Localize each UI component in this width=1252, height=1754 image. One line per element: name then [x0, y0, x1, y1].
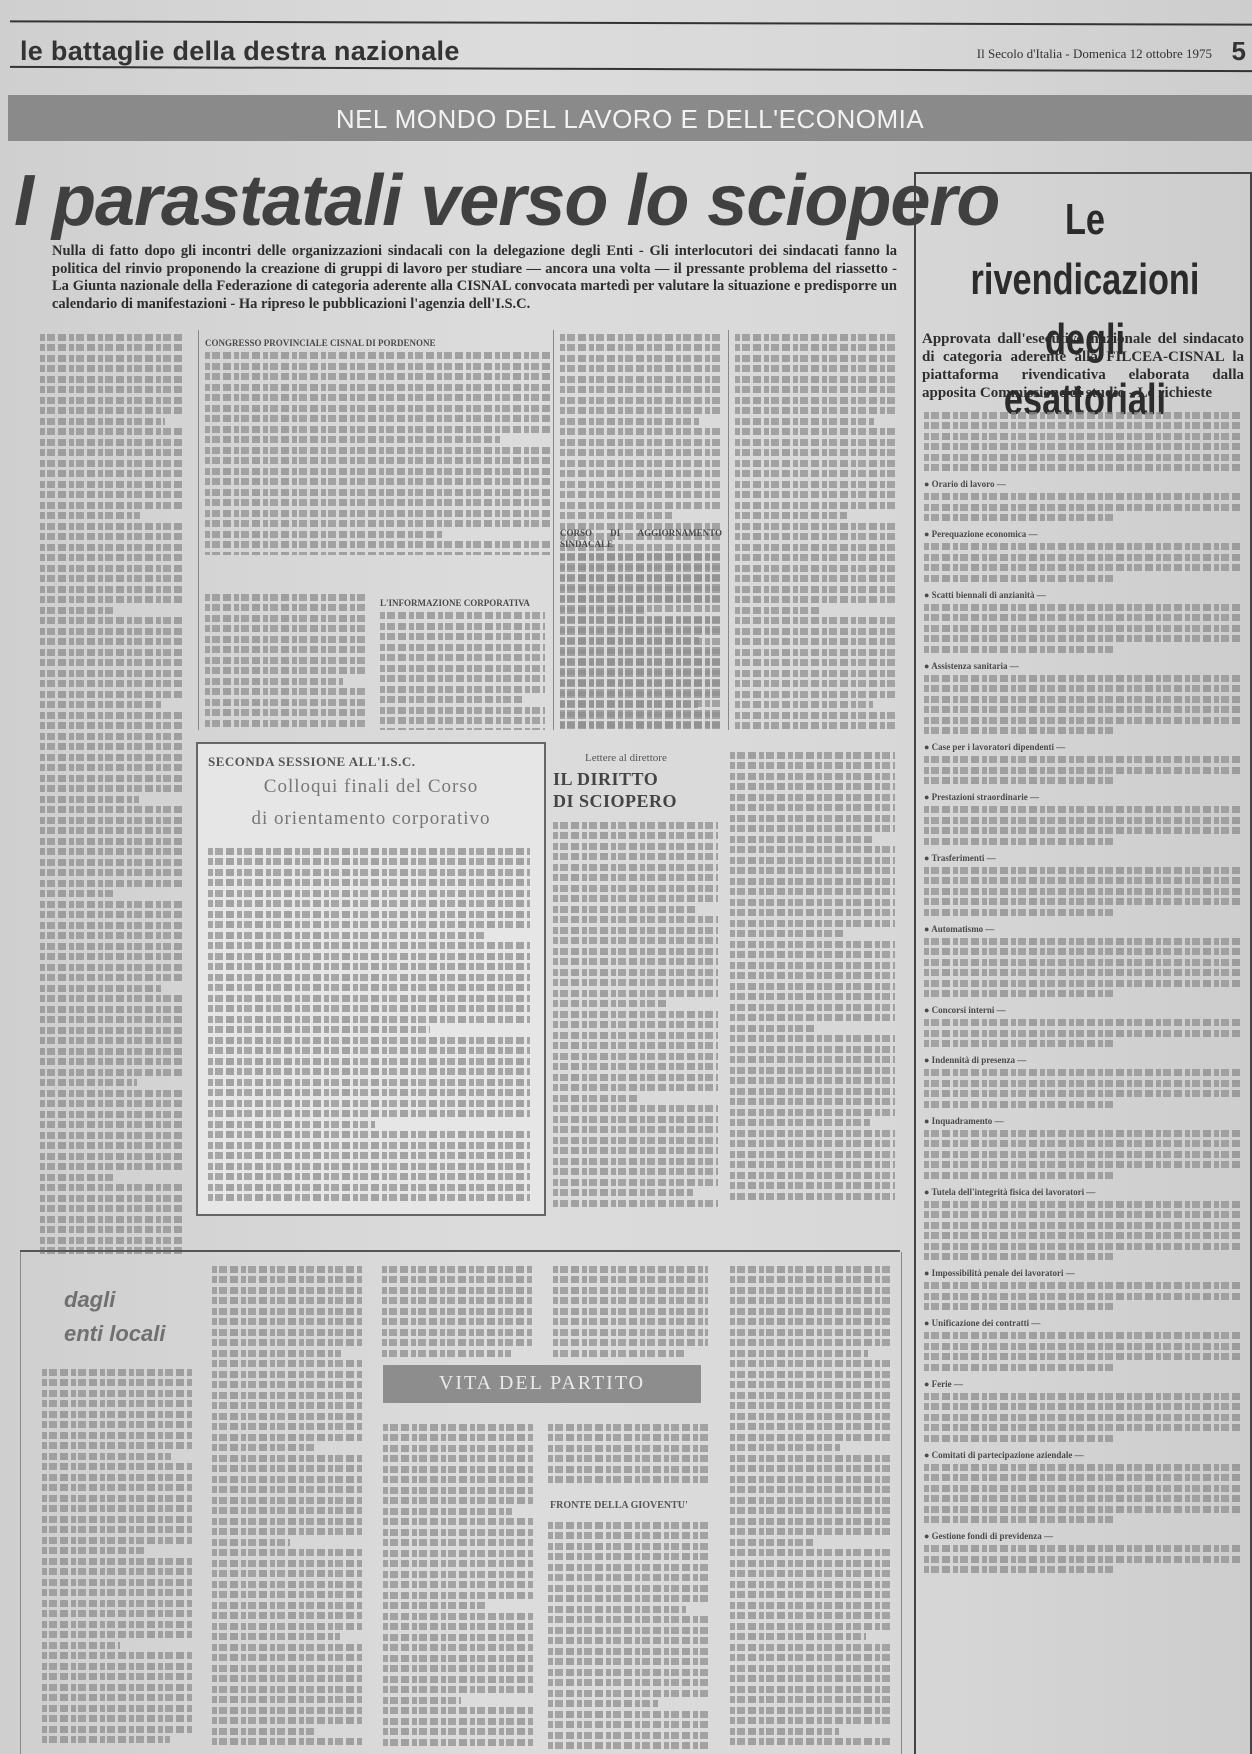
- body-text-line: [40, 470, 185, 477]
- body-text-line: [924, 1040, 1115, 1047]
- body-text-line: [730, 1297, 890, 1304]
- body-text-line: [924, 1332, 1242, 1339]
- body-text-line: [205, 436, 502, 443]
- body-text-line: [553, 1308, 708, 1315]
- body-text-line: [548, 1424, 708, 1431]
- body-text-line: [553, 1266, 708, 1273]
- enti-locali-title: dagli enti locali: [64, 1283, 165, 1351]
- body-text-line: [40, 1100, 185, 1107]
- enti-locali-column-5: [730, 1262, 890, 1750]
- body-text-line: [212, 1360, 362, 1367]
- body-text-line: [40, 502, 185, 509]
- right-deck: Approvata dall'esecutivo nazionale del s…: [922, 330, 1244, 402]
- enti-locali-column-2: [212, 1262, 362, 1750]
- body-text-line: [40, 1132, 185, 1139]
- body-text-line: [383, 1602, 487, 1609]
- body-text-line: [924, 1130, 1242, 1137]
- body-text-line: [560, 512, 672, 519]
- body-text-line: [924, 1140, 1242, 1147]
- body-text-line: [548, 1476, 708, 1483]
- body-text-line: [730, 1560, 890, 1567]
- body-text-line: [730, 1266, 890, 1273]
- body-text-line: [560, 376, 722, 383]
- body-text-line: [924, 1019, 1242, 1026]
- body-text-line: [212, 1486, 362, 1493]
- body-text-line: [730, 804, 895, 811]
- body-text-line: [208, 1131, 530, 1138]
- body-text-line: [212, 1675, 362, 1682]
- body-text-line: [40, 596, 185, 603]
- body-text-line: [208, 995, 530, 1002]
- body-text-line: [560, 355, 722, 362]
- body-text-line: [42, 1642, 120, 1649]
- body-text-line: [382, 1308, 532, 1315]
- body-text-line: [205, 510, 550, 517]
- body-text-line: [383, 1728, 533, 1735]
- body-text-line: [205, 405, 550, 412]
- body-text-line: [560, 344, 722, 351]
- body-text-line: [212, 1696, 362, 1703]
- body-text-line: [212, 1423, 362, 1430]
- demand-heading: ● Automatismo —: [924, 924, 1242, 935]
- body-text-line: [553, 874, 718, 881]
- body-text-line: [42, 1694, 192, 1701]
- body-text-line: [380, 675, 545, 682]
- body-text-line: [924, 1485, 1242, 1492]
- body-text-line: [924, 1090, 1242, 1097]
- body-text-line: [383, 1560, 533, 1567]
- body-text-line: [560, 502, 722, 509]
- body-text-line: [924, 827, 1242, 834]
- body-text-line: [205, 636, 365, 643]
- body-text-line: [924, 980, 1242, 987]
- body-text-line: [924, 1303, 1115, 1310]
- body-text-line: [560, 460, 722, 467]
- body-text-line: [730, 1098, 895, 1105]
- body-text-line: [924, 1545, 1242, 1552]
- body-text-line: [730, 1728, 839, 1735]
- body-text-line: [553, 1011, 718, 1018]
- body-text-line: [208, 879, 530, 886]
- letter-column-2: [730, 748, 895, 1208]
- letter-kicker: Lettere al direttore: [585, 752, 667, 764]
- body-text-line: [553, 1084, 718, 1091]
- body-text-line: [924, 1403, 1242, 1410]
- column-divider: [553, 330, 554, 730]
- body-text-line: [730, 1518, 890, 1525]
- body-text-line: [924, 1464, 1242, 1471]
- body-text-line: [924, 1353, 1242, 1360]
- letter-column-1: [553, 818, 718, 1208]
- body-text-line: [548, 1532, 708, 1539]
- body-text-line: [924, 806, 1242, 813]
- demand-heading: ● Scatti biennali di anzianità —: [924, 590, 1242, 601]
- body-text-line: [735, 670, 897, 677]
- body-text-line: [924, 1030, 1242, 1037]
- demand-heading: ● Ferie —: [924, 1379, 1242, 1390]
- vita-partito-banner: VITA DEL PARTITO: [383, 1365, 701, 1403]
- body-text-line: [924, 959, 1242, 966]
- body-text-line: [730, 1570, 890, 1577]
- body-text-line: [730, 1423, 890, 1430]
- body-text-line: [553, 948, 718, 955]
- body-text-line: [40, 1069, 185, 1076]
- body-text-line: [42, 1558, 192, 1565]
- body-text-line: [730, 1004, 895, 1011]
- body-text-line: [383, 1739, 533, 1746]
- body-text-line: [40, 1079, 137, 1086]
- enti-locali-title-line1: dagli: [64, 1283, 165, 1317]
- body-text-line: [560, 626, 722, 633]
- body-text-line: [40, 1163, 185, 1170]
- body-text-line: [735, 596, 897, 603]
- body-text-line: [40, 1153, 185, 1160]
- body-text-line: [205, 625, 365, 632]
- body-text-line: [560, 647, 722, 654]
- body-text-line: [553, 1042, 718, 1049]
- body-text-line: [208, 848, 530, 855]
- body-text-line: [553, 916, 718, 923]
- body-text-line: [212, 1276, 362, 1283]
- body-text-line: [924, 604, 1242, 611]
- body-text-line: [924, 543, 1242, 550]
- body-text-line: [730, 1014, 895, 1021]
- masthead-rule-top: [10, 20, 1252, 25]
- body-text-line: [553, 1126, 718, 1133]
- demand-heading: ● Orario di lavoro —: [924, 479, 1242, 490]
- body-text-line: [924, 646, 1115, 653]
- body-text-line: [924, 1495, 1242, 1502]
- body-text-line: [560, 658, 722, 665]
- body-text-line: [735, 617, 897, 624]
- body-text-line: [40, 796, 139, 803]
- body-text-line: [553, 822, 718, 829]
- body-text-line: [730, 993, 895, 1000]
- body-text-line: [208, 858, 530, 865]
- body-text-line: [212, 1297, 362, 1304]
- body-text-line: [553, 1189, 693, 1196]
- body-text-line: [730, 1371, 890, 1378]
- body-text-line: [924, 1282, 1242, 1289]
- right-article-body: ● Orario di lavoro —● Perequazione econo…: [924, 408, 1242, 1748]
- body-text-line: [924, 1211, 1242, 1218]
- body-text-line: [735, 712, 897, 719]
- body-text-line: [212, 1381, 362, 1388]
- body-text-line: [924, 898, 1242, 905]
- body-text-line: [380, 686, 545, 693]
- newspaper-page: le battaglie della destra nazionale Il S…: [0, 0, 1252, 1754]
- body-text-line: [383, 1697, 461, 1704]
- body-text-line: [730, 1633, 866, 1640]
- body-text-line: [735, 491, 897, 498]
- body-text-line: [212, 1549, 362, 1556]
- body-text-line: [548, 1543, 708, 1550]
- body-text-line: [42, 1390, 192, 1397]
- body-text-line: [924, 888, 1242, 895]
- body-text-line: [212, 1308, 362, 1315]
- body-text-line: [730, 1434, 890, 1441]
- body-text-line: [40, 617, 185, 624]
- body-text-line: [208, 900, 530, 907]
- body-text-line: [730, 1318, 890, 1325]
- body-text-line: [553, 1339, 708, 1346]
- body-text-line: [40, 355, 185, 362]
- body-text-line: [212, 1350, 341, 1357]
- body-text-line: [212, 1602, 362, 1609]
- body-text-line: [730, 920, 895, 927]
- body-text-line: [730, 836, 872, 843]
- body-text-line: [42, 1526, 192, 1533]
- body-text-line: [924, 575, 1115, 582]
- body-text-line: [40, 1111, 185, 1118]
- body-text-line: [383, 1718, 533, 1725]
- body-text-line: [208, 1058, 530, 1065]
- body-text-line: [382, 1339, 532, 1346]
- body-text-line: [548, 1711, 708, 1718]
- body-text-line: [205, 457, 550, 464]
- body-text-line: [208, 953, 530, 960]
- body-text-line: [40, 995, 185, 1002]
- body-text-line: [560, 605, 722, 612]
- body-text-line: [42, 1589, 192, 1596]
- body-text-line: [212, 1738, 362, 1745]
- body-text-line: [735, 365, 897, 372]
- body-text-line: [730, 1654, 890, 1661]
- body-text-line: [735, 460, 897, 467]
- body-text-line: [924, 867, 1242, 874]
- body-text-line: [730, 1056, 895, 1063]
- body-text-line: [560, 637, 699, 644]
- body-text-line: [42, 1568, 192, 1575]
- body-text-line: [40, 1016, 185, 1023]
- enti-locali-title-line2: enti locali: [64, 1317, 165, 1351]
- body-text-line: [560, 491, 722, 498]
- body-text-line: [924, 938, 1242, 945]
- body-text-line: [924, 706, 1242, 713]
- body-text-line: [40, 680, 185, 687]
- body-text-line: [924, 877, 1242, 884]
- body-text-line: [730, 867, 895, 874]
- body-text-line: [212, 1518, 362, 1525]
- body-text-line: [212, 1560, 362, 1567]
- body-text-line: [735, 397, 897, 404]
- body-text-line: [380, 633, 545, 640]
- demand-heading: ● Tutela dell'integrità fisica dei lavor…: [924, 1187, 1242, 1198]
- body-text-line: [560, 470, 722, 477]
- body-text-line: [924, 635, 1242, 642]
- body-text-line: [730, 878, 895, 885]
- body-text-line: [548, 1585, 708, 1592]
- body-text-line: [212, 1329, 362, 1336]
- body-text-line: [382, 1350, 511, 1357]
- demand-heading: ● Indennità di presenza —: [924, 1055, 1242, 1066]
- body-text-line: [380, 654, 545, 661]
- body-text-line: [208, 1194, 530, 1201]
- session-title-line1: Colloqui finali del Corso: [198, 776, 544, 798]
- body-text-line: [553, 1063, 718, 1070]
- body-text-line: [208, 974, 530, 981]
- body-text-line: [553, 1021, 718, 1028]
- body-text-line: [212, 1497, 362, 1504]
- body-text-line: [730, 1119, 870, 1126]
- body-text-line: [730, 1528, 890, 1535]
- body-text-line: [40, 659, 185, 666]
- demand-heading: ● Prestazioni straordinarie —: [924, 792, 1242, 803]
- body-text-line: [730, 1035, 895, 1042]
- body-text-line: [40, 733, 185, 740]
- body-text-line: [924, 1069, 1242, 1076]
- body-text-line: [208, 932, 485, 939]
- body-text-line: [212, 1455, 362, 1462]
- body-text-line: [548, 1648, 708, 1655]
- body-text-line: [924, 1293, 1242, 1300]
- body-text-line: [40, 806, 185, 813]
- body-text-line: [208, 911, 530, 918]
- body-text-line: [560, 397, 722, 404]
- body-text-line: [735, 638, 897, 645]
- body-text-line: [205, 531, 443, 538]
- body-text-line: [730, 1497, 890, 1504]
- body-text-line: [40, 649, 185, 656]
- body-text-line: [205, 688, 365, 695]
- body-text-line: [205, 394, 550, 401]
- body-text-line: [208, 1037, 530, 1044]
- body-text-line: [205, 447, 550, 454]
- body-text-line: [548, 1564, 708, 1571]
- body-text-line: [40, 974, 185, 981]
- body-text-line: [730, 1455, 890, 1462]
- body-text-line: [42, 1474, 192, 1481]
- session-body: [208, 844, 530, 1204]
- body-text-line: [212, 1623, 362, 1630]
- body-text-line: [212, 1528, 362, 1535]
- body-text-line: [40, 722, 185, 729]
- body-text-line: [924, 1424, 1242, 1431]
- body-text-line: [553, 864, 718, 871]
- body-text-line: [208, 1110, 530, 1117]
- body-text-line: [730, 1623, 890, 1630]
- vita-partito-banner-text: VITA DEL PARTITO: [383, 1372, 701, 1395]
- body-text-line: [40, 1048, 185, 1055]
- body-text-line: [924, 1101, 1115, 1108]
- body-text-line: [735, 470, 897, 477]
- body-text-line: [924, 1364, 1115, 1371]
- body-text-line: [40, 911, 185, 918]
- body-text-line: [730, 762, 895, 769]
- body-text-line: [730, 1350, 868, 1357]
- body-text-line: [383, 1665, 533, 1672]
- body-text-line: [40, 985, 162, 992]
- body-text-line: [735, 376, 897, 383]
- body-text-line: [208, 1079, 530, 1086]
- right-headline-line1: Le rivendicazioni: [964, 190, 1206, 310]
- body-text-line: [560, 334, 722, 341]
- body-text-line: [730, 1130, 895, 1137]
- body-text-line: [40, 712, 185, 719]
- letter-headline: IL DIRITTO DI SCIOPERO: [553, 768, 677, 812]
- body-text-line: [560, 721, 722, 728]
- body-text-line: [735, 407, 897, 414]
- body-text-line: [40, 1216, 185, 1223]
- body-text-line: [730, 1696, 890, 1703]
- body-text-line: [730, 1161, 895, 1168]
- body-text-line: [730, 1151, 895, 1158]
- body-text-line: [383, 1508, 512, 1515]
- body-text-line: [730, 983, 895, 990]
- body-text-line: [924, 717, 1242, 724]
- body-text-line: [730, 1686, 890, 1693]
- body-text-line: [730, 1665, 890, 1672]
- body-text-line: [382, 1329, 532, 1336]
- body-text-line: [548, 1606, 686, 1613]
- body-text-line: [208, 1089, 530, 1096]
- body-text-line: [205, 499, 550, 506]
- body-text-line: [548, 1721, 708, 1728]
- body-text-line: [548, 1455, 708, 1462]
- body-text-line: [383, 1623, 533, 1630]
- body-text-line: [42, 1537, 192, 1544]
- body-text-line: [383, 1497, 533, 1504]
- body-text-line: [40, 743, 185, 750]
- enti-locali-column-4: [553, 1262, 708, 1357]
- body-text-line: [40, 418, 165, 425]
- main-deck: Nulla di fatto dopo gli incontri delle o…: [52, 243, 897, 313]
- body-text-line: [553, 1287, 708, 1294]
- body-text-line: [205, 699, 365, 706]
- body-text-line: [40, 701, 163, 708]
- body-text-line: [548, 1690, 708, 1697]
- body-text-line: [40, 365, 185, 372]
- body-text-line: [383, 1634, 533, 1641]
- body-text-line: [924, 727, 1115, 734]
- body-text-line: [42, 1663, 192, 1670]
- body-text-line: [924, 514, 1115, 521]
- body-text-line: [735, 502, 897, 509]
- body-text-line: [735, 418, 874, 425]
- body-text-line: [40, 607, 115, 614]
- body-text-line: [730, 815, 895, 822]
- body-text-line: [924, 1232, 1242, 1239]
- body-text-line: [212, 1633, 340, 1640]
- body-text-line: [735, 386, 897, 393]
- body-text-line: [924, 564, 1242, 571]
- body-text-line: [730, 783, 895, 790]
- body-text-line: [42, 1652, 192, 1659]
- body-text-line: [208, 942, 530, 949]
- body-text-line: [553, 1297, 708, 1304]
- body-text-line: [730, 1581, 890, 1588]
- body-text-line: [548, 1574, 708, 1581]
- body-text-line: [40, 775, 185, 782]
- body-text-line: [40, 533, 185, 540]
- body-text-line: [383, 1455, 533, 1462]
- body-text-line: [42, 1495, 192, 1502]
- body-text-line: [548, 1700, 658, 1707]
- body-text-line: [205, 552, 550, 556]
- body-text-line: [205, 520, 550, 527]
- main-article-column-2: CONGRESSO PROVINCIALE CISNAL DI PORDENON…: [205, 330, 550, 555]
- body-text-line: [924, 422, 1242, 429]
- body-text-line: [40, 491, 185, 498]
- body-text-line: [730, 1413, 890, 1420]
- body-text-line: [735, 554, 897, 561]
- body-text-line: [205, 720, 365, 727]
- body-text-line: [548, 1595, 708, 1602]
- body-text-line: [924, 969, 1242, 976]
- section-banner-text: NEL MONDO DEL LAVORO E DELL'ECONOMIA: [8, 104, 1252, 135]
- column-divider: [198, 330, 199, 730]
- page-number: 5: [1232, 36, 1246, 67]
